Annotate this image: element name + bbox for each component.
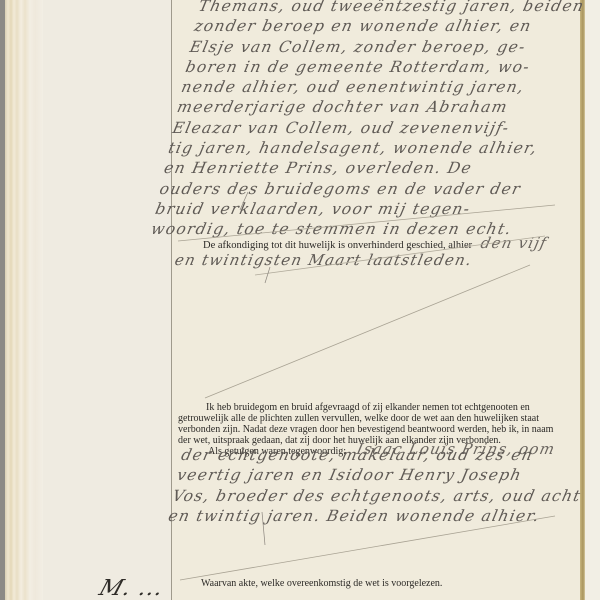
hand-line: tig jaren, handelsagent, wonende alhier, (166, 138, 570, 158)
vows-line: getrouwelijk alle de plichten zullen ver… (178, 413, 578, 424)
handwritten-parties-text: Themans, oud tweeëntzestig jaren, beiden… (149, 0, 600, 240)
hand-line: boren in de gemeente Rotterdam, wo- (184, 57, 588, 77)
hand-line: bruid verklaarden, voor mij tegen- (153, 199, 557, 219)
hand-line: veertig jaren en Isidoor Henry Joseph (175, 465, 579, 485)
hand-line: Vos, broeder des echtgenoots, arts, oud … (171, 486, 575, 506)
vows-line: Ik heb bruidegom en bruid afgevraagd of … (178, 402, 578, 413)
margin-signature: M. ... (96, 576, 168, 600)
next-page-sliver (585, 0, 600, 600)
stacked-page-edges (5, 0, 43, 600)
hand-line: der echtgenoote, makelaar, oud zes en (179, 445, 583, 465)
hand-line: Elsje van Collem, zonder beroep, ge- (188, 37, 592, 57)
hand-line: Themans, oud tweeëntzestig jaren, beiden (197, 0, 600, 16)
document-viewer: Themans, oud tweeëntzestig jaren, beiden… (0, 0, 600, 600)
hand-line: Eleazar van Collem, oud zevenenvijf- (171, 118, 575, 138)
hand-line: en twintig jaren. Beiden wonende alhier. (166, 506, 570, 526)
closing-line: Waarvan akte, welke overeenkomstig de we… (201, 578, 442, 589)
proclamation-handwritten-line2: en twintigsten Maart laatstleden. (173, 250, 577, 270)
closing-printed-text: Waarvan akte, welke overeenkomstig de we… (201, 578, 442, 589)
hand-line: ouders des bruidegoms en de vader der (158, 179, 562, 199)
vows-line: verbonden zijn. Nadat deze vragen door h… (178, 424, 578, 435)
hand-line: en Henriette Prins, overleden. De (162, 158, 566, 178)
hand-line: zonder beroep en wonende alhier, en (192, 16, 596, 36)
left-margin (43, 0, 171, 600)
hand-line: en twintigsten Maart laatstleden. (173, 250, 577, 270)
hand-line: meerderjarige dochter van Abraham (175, 97, 579, 117)
witnesses-handwritten-text: der echtgenoote, makelaar, oud zes en ve… (166, 445, 583, 526)
hand-line: nende alhier, oud eenentwintig jaren, (179, 77, 583, 97)
